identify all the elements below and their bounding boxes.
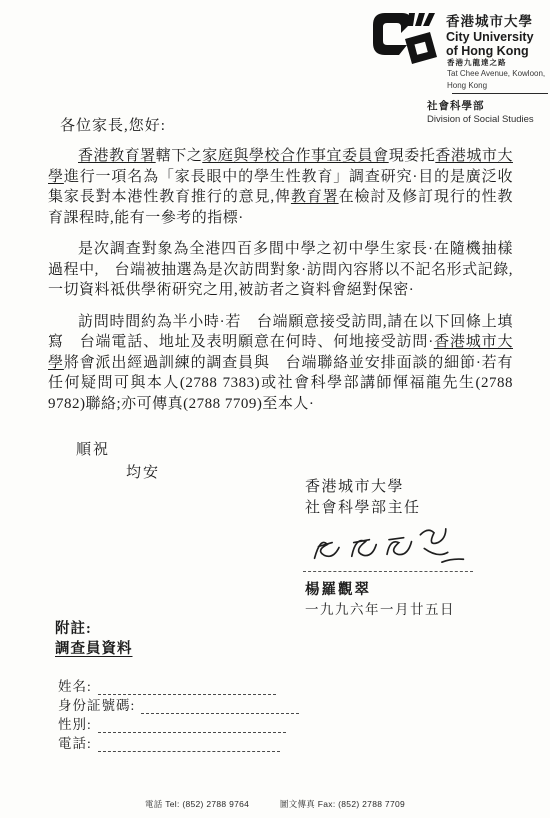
- handwritten-signature: [303, 523, 473, 572]
- header-divider: [452, 93, 548, 94]
- gender-field-label: 性別:: [58, 713, 92, 733]
- salutation: 各位家長,您好:: [60, 114, 166, 135]
- signoff-org: 香港城市大學: [305, 477, 421, 498]
- address-en-line1: Tat Chee Avenue, Kowloon,: [447, 68, 545, 80]
- university-name-en-line1: City University: [446, 30, 534, 44]
- note-label: 附註:: [55, 617, 92, 638]
- university-name-zh: 香港城市大學: [446, 14, 534, 30]
- division-name-en: Division of Social Studies: [427, 114, 534, 127]
- form-row-gender: 性別:: [58, 714, 299, 733]
- scanned-letter-page: 香港城市大學 City University of Hong Kong 香港九龍…: [0, 0, 550, 818]
- form-row-name: 姓名:: [58, 676, 299, 695]
- page-footer: 電話 Tel: (852) 2788 9764 圖文傳真 Fax: (852) …: [0, 798, 550, 810]
- university-name-block: 香港城市大學 City University of Hong Kong: [446, 14, 534, 58]
- closing-line-1: 順祝: [76, 438, 110, 459]
- address-zh: 香港九龍達之路: [447, 57, 545, 68]
- form-row-id-number: 身份証號碼:: [58, 695, 299, 714]
- address-en-line2: Hong Kong: [447, 80, 545, 92]
- gender-fill-in-line: [98, 719, 286, 733]
- paragraph-3: 訪問時間約為半小時·若 台端願意接受訪問,請在以下回條上填寫 台端電話、地址及表…: [48, 312, 513, 415]
- id-number-field-label: 身份証號碼:: [58, 694, 135, 714]
- form-row-phone: 電話:: [58, 733, 299, 752]
- paragraph-1: 香港教育署轄下之家庭與學校合作事宜委員會現委托香港城市大學進行一項名為「家長眼中…: [48, 146, 513, 228]
- letter-body: 香港教育署轄下之家庭與學校合作事宜委員會現委托香港城市大學進行一項名為「家長眼中…: [48, 146, 513, 425]
- cityu-logo-icon: [368, 10, 440, 76]
- signoff-block: 香港城市大學 社會科學部主任: [305, 477, 421, 519]
- division-block: 社會科學部 Division of Social Studies: [427, 100, 534, 127]
- note-subtitle: 調查員資料: [55, 637, 133, 658]
- name-fill-in-line: [98, 681, 276, 695]
- signoff-title: 社會科學部主任: [305, 498, 421, 519]
- phone-field-label: 電話:: [58, 732, 92, 752]
- id-number-fill-in-line: [141, 700, 299, 714]
- closing-line-2: 均安: [126, 461, 160, 482]
- university-address-block: 香港九龍達之路 Tat Chee Avenue, Kowloon, Hong K…: [447, 57, 545, 92]
- paragraph-2: 是次調查對象為全港四百多間中學之初中學生家長·在隨機抽樣過程中, 台端被抽選為是…: [48, 239, 513, 301]
- phone-fill-in-line: [98, 738, 280, 752]
- name-field-label: 姓名:: [58, 675, 92, 695]
- surveyor-info-form: 姓名: 身份証號碼: 性別: 電話:: [58, 676, 299, 752]
- printed-name: 楊羅觀翠: [305, 578, 371, 599]
- letter-date: 一九九六年一月廿五日: [305, 598, 455, 618]
- division-name-zh: 社會科學部: [427, 100, 534, 114]
- footer-tel: 電話 Tel: (852) 2788 9764: [145, 799, 249, 809]
- footer-fax: 圖文傳真 Fax: (852) 2788 7709: [280, 799, 405, 809]
